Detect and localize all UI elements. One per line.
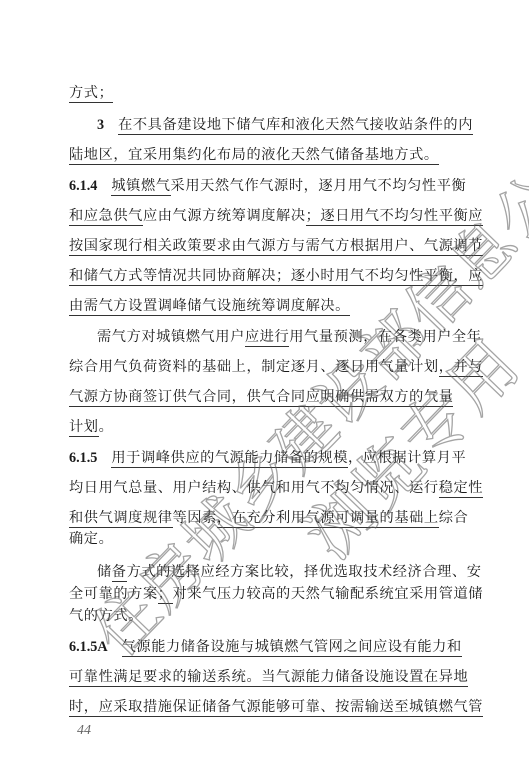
text-segment: 等因素 xyxy=(173,510,217,526)
text-line: 和应急供气应由气源方统筹调度解决；逐日用气不均匀性平衡应 xyxy=(69,207,455,225)
text-line: 气源方协商签订供气合同，供气合同应明确供需双方的气量 xyxy=(69,388,455,406)
text-segment: 确定。 xyxy=(69,531,113,547)
text-line: 6.1.5A气源能力储备设施与城镇燃气管网之间应设有能力和 xyxy=(69,638,455,656)
text-segment: 气的方式。 xyxy=(69,608,143,624)
text-line: 6.1.4城镇燃气采用天然气作气源时，逐月用气不均匀性平衡 xyxy=(69,177,455,195)
underlined-text: 在不具备建设地下储气库和液化天然气接收站条件的内 xyxy=(118,117,473,135)
underlined-text: 用于调峰供应的气源能力储备的规模 xyxy=(111,450,348,468)
underlined-text: 由需气方设置调峰储气设施统筹调度解决。 xyxy=(69,298,350,316)
text-segment: 。 xyxy=(99,419,114,435)
page-number: 44 xyxy=(77,723,91,739)
clause-number: 6.1.5A xyxy=(69,639,108,655)
text-line: 气的方式。 xyxy=(69,607,455,625)
underlined-text: ； xyxy=(158,586,173,604)
underlined-text: 和供气调度规律 xyxy=(69,510,173,528)
underlined-text: 气源能力储备设施与城镇燃气管网之间应设有能力和 xyxy=(122,639,462,657)
clause-number: 3 xyxy=(97,117,104,133)
text-segment: 采用天然气作气源时，逐月用气不均匀性平衡 xyxy=(171,178,467,194)
text-segment: 均日用气总量、用户结构、供气和用气不均匀情况、运行 xyxy=(69,480,439,496)
underlined-text: 计划 xyxy=(69,419,99,437)
underlined-text: 和应急供气 xyxy=(69,208,143,226)
underlined-text: ，并与 xyxy=(439,359,483,377)
text-line: 方式； xyxy=(69,84,455,102)
text-segment: 全可靠的方案 xyxy=(69,586,158,602)
underlined-text: 陆地区，宜采用集约化布局的液化天然气储备基地方式。 xyxy=(69,147,439,165)
underlined-text: 应进行 xyxy=(245,329,289,347)
text-segment: 用气量预测，在各类用户全年 xyxy=(289,329,481,345)
text-line: 储备方式的选择应经方案比较，择优选取技术经济合理、安 xyxy=(69,563,483,581)
text-line: 和储气方式等情况共同协商解决；逐小时用气不均匀性平衡，应 xyxy=(69,267,455,285)
underlined-text: 方式； xyxy=(69,85,113,103)
text-line: 按国家现行相关政策要求由气源方与需气方根据用户、气源调节 xyxy=(69,237,455,255)
text-segment: 储 xyxy=(97,564,112,580)
clause-number: 6.1.4 xyxy=(69,178,97,194)
underlined-text: 按国家现行相关政策要求由气源方与需气方根据用户、气源调节 xyxy=(69,238,483,256)
underlined-text: 气源方协商签订供气合同，供气合同应明确供需双方的气量 xyxy=(69,389,453,407)
text-line: 时，应采取措施保证储备气源能够可靠、按需输送至城镇燃气管 xyxy=(69,698,455,716)
text-line: 确定。 xyxy=(69,530,455,548)
document-page: 方式；3在不具备建设地下储气库和液化天然气接收站条件的内陆地区，宜采用集约化布局… xyxy=(0,0,529,766)
underlined-text: 备 xyxy=(112,564,127,582)
text-line: 综合用气负荷资料的基础上，制定逐月、逐日用气量计划，并与 xyxy=(69,358,455,376)
text-line: 陆地区，宜采用集约化布局的液化天然气储备基地方式。 xyxy=(69,146,455,164)
text-segment: 对来气压力较高的天然气输配系统宜采用管道储 xyxy=(173,586,484,602)
text-line: 6.1.5用于调峰供应的气源能力储备的规模，应根据计算月平 xyxy=(69,449,455,467)
underlined-text: ；逐日用气不均匀性平衡应 xyxy=(306,208,483,226)
clause-number: 6.1.5 xyxy=(69,450,97,466)
text-segment: 综合 xyxy=(439,510,469,526)
text-segment: 需气方对城镇燃气用户 xyxy=(97,329,245,345)
text-line: 3在不具备建设地下储气库和液化天然气接收站条件的内 xyxy=(69,116,483,134)
text-segment: ，应根据计算月平 xyxy=(348,450,466,466)
underlined-text: 和储气方式等情况共同协商解决；逐小时用气不均匀性平衡，应 xyxy=(69,268,483,286)
text-line: 全可靠的方案；对来气压力较高的天然气输配系统宜采用管道储 xyxy=(69,585,455,603)
underlined-text: 城镇燃气 xyxy=(111,178,170,196)
underlined-text: ，在充分利用气源可调量的基础上 xyxy=(217,510,439,528)
text-line: 需气方对城镇燃气用户应进行用气量预测，在各类用户全年 xyxy=(69,328,483,346)
text-line: 和供气调度规律等因素，在充分利用气源可调量的基础上综合 xyxy=(69,509,455,527)
text-line: 均日用气总量、用户结构、供气和用气不均匀情况、运行稳定性 xyxy=(69,479,455,497)
text-line: 计划。 xyxy=(69,418,455,436)
text-segment: 综合用气负荷资料的基础上，制定逐月、逐日用气量计划 xyxy=(69,359,439,375)
underlined-text: 稳定性 xyxy=(439,480,483,498)
text-segment: 方式的选择应经方案比较，择优选取技术经济合理、安 xyxy=(127,564,482,580)
underlined-text: 时，应采取措施保证储备气源能够可靠、按需输送至城镇燃气管 xyxy=(69,699,483,717)
text-line: 可靠性满足要求的输送系统。当气源能力储备设施设置在异地 xyxy=(69,668,455,686)
underlined-text: 可靠性满足要求的输送系统。当气源能力储备设施设置在异地 xyxy=(69,669,468,687)
text-line: 由需气方设置调峰储气设施统筹调度解决。 xyxy=(69,297,455,315)
text-segment: 应由气源方统筹调度解决 xyxy=(143,208,306,224)
